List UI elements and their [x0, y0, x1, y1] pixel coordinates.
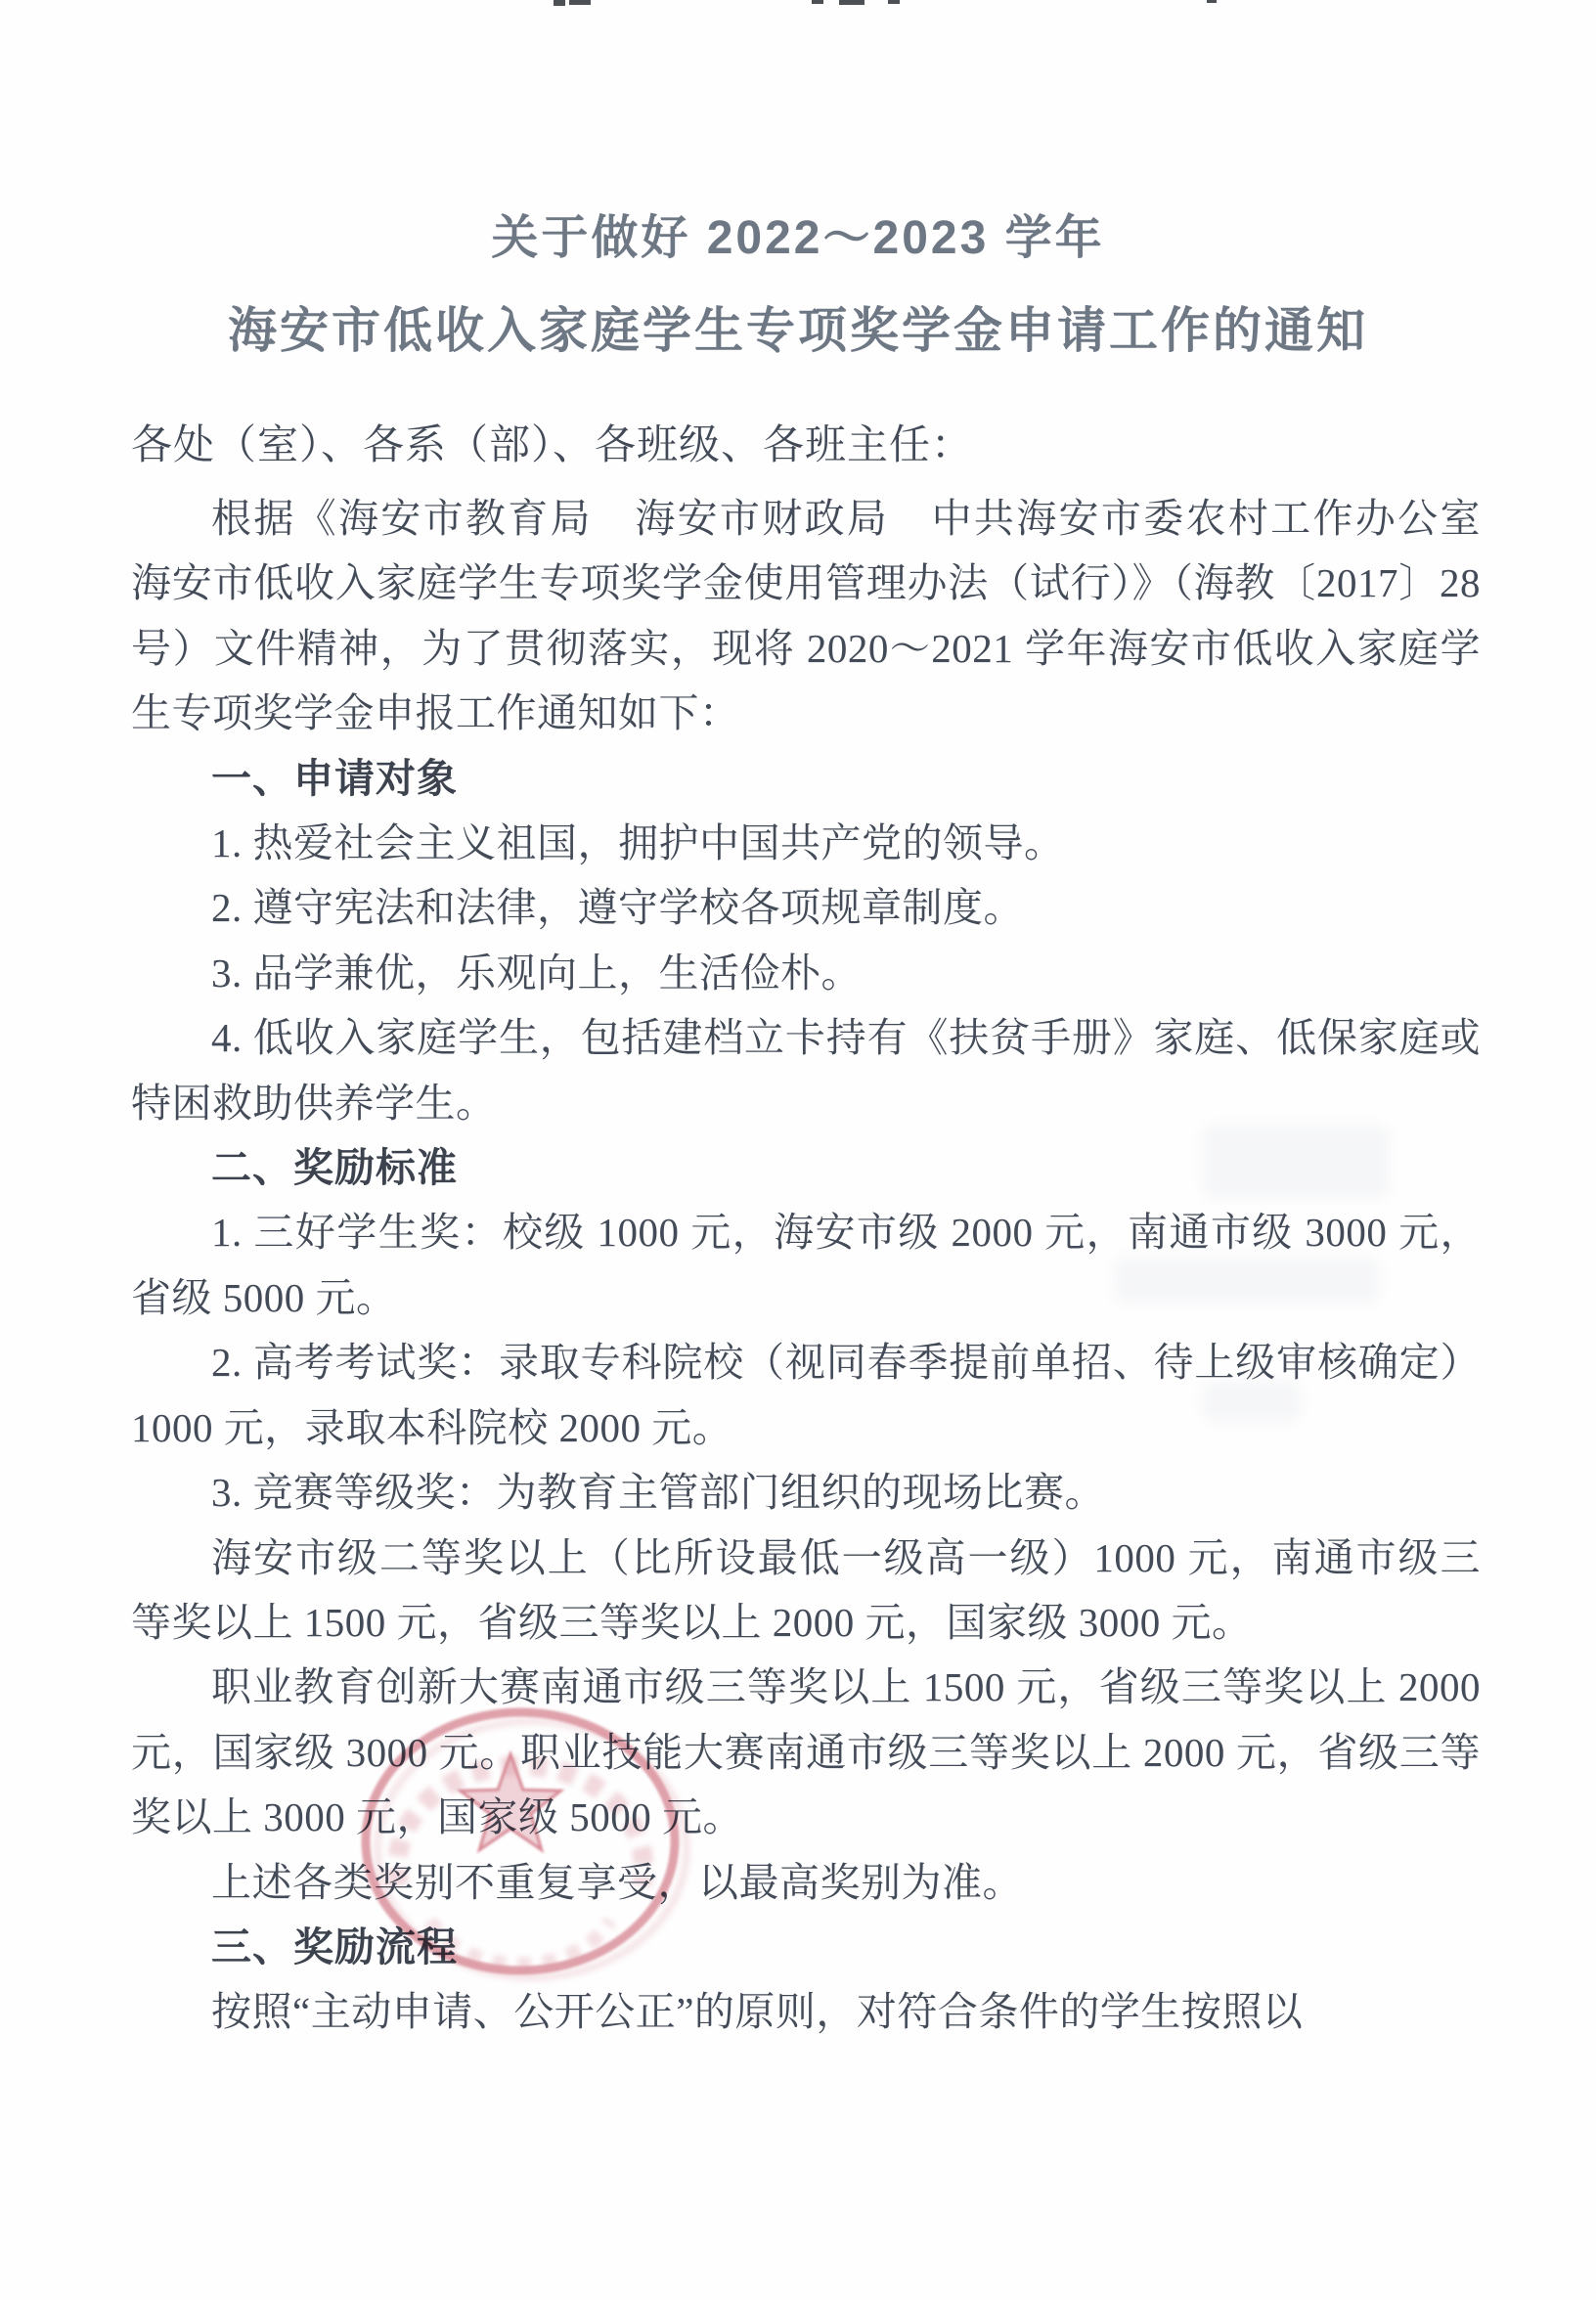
award-sanhao-paragraph: 1. 三好学生奖：校级 1000 元，海安市级 2000 元，南通市级 3000… — [131, 1200, 1481, 1330]
item-3: 3. 品学兼优，乐观向上，生活俭朴。 — [131, 941, 1481, 1005]
section-3-heading: 三、奖励流程 — [131, 1915, 1481, 1979]
jingsai-detail-paragraph-1: 海安市级二等奖以上（比所设最低一级高一级）1000 元，南通市级三等奖以上 15… — [131, 1526, 1481, 1656]
scan-speck — [839, 0, 864, 5]
no-duplicate-note-paragraph: 上述各类奖别不重复享受，以最高奖别为准。 — [131, 1850, 1481, 1915]
item-2: 2. 遵守宪法和法律，遵守学校各项规章制度。 — [131, 875, 1481, 940]
section-2-heading: 二、奖励标准 — [131, 1135, 1481, 1200]
item-1: 1. 热爱社会主义祖国，拥护中国共产党的领导。 — [131, 811, 1481, 875]
document-body: 根据《海安市教育局 海安市财政局 中共海安市委农村工作办公室 海安市低收入家庭学… — [131, 486, 1481, 2045]
scan-speck — [1207, 0, 1217, 3]
item-4: 4. 低收入家庭学生，包括建档立卡持有《扶贫手册》家庭、低保家庭或特困救助供养学… — [131, 1005, 1481, 1135]
jingsai-detail-paragraph-2: 职业教育创新大赛南通市级三等奖以上 1500 元，省级三等奖以上 2000 元，… — [131, 1655, 1481, 1849]
scan-speck — [554, 0, 565, 6]
section-1-heading: 一、申请对象 — [131, 746, 1481, 811]
intro-paragraph: 根据《海安市教育局 海安市财政局 中共海安市委农村工作办公室 海安市低收入家庭学… — [131, 486, 1481, 746]
scan-speck — [569, 0, 591, 5]
salutation: 各处（室）、各系（部）、各班级、各班主任： — [131, 413, 1481, 471]
document-title-line2: 海安市低收入家庭学生专项奖学金申请工作的通知 — [0, 291, 1596, 362]
scan-speck — [888, 0, 900, 4]
scan-speck — [812, 0, 823, 4]
process-paragraph: 按照“主动申请、公开公正”的原则，对符合条件的学生按照以 — [131, 1979, 1481, 2044]
award-jingsai-paragraph: 3. 竞赛等级奖：为教育主管部门组织的现场比赛。 — [131, 1460, 1481, 1525]
document-title-line1: 关于做好 2022～2023 学年 — [0, 199, 1596, 267]
document-page: 关于做好 2022～2023 学年 海安市低收入家庭学生专项奖学金申请工作的通知… — [0, 0, 1596, 2300]
award-gaokao-paragraph: 2. 高考考试奖：录取专科院校（视同春季提前单招、待上级审核确定）1000 元，… — [131, 1330, 1481, 1460]
